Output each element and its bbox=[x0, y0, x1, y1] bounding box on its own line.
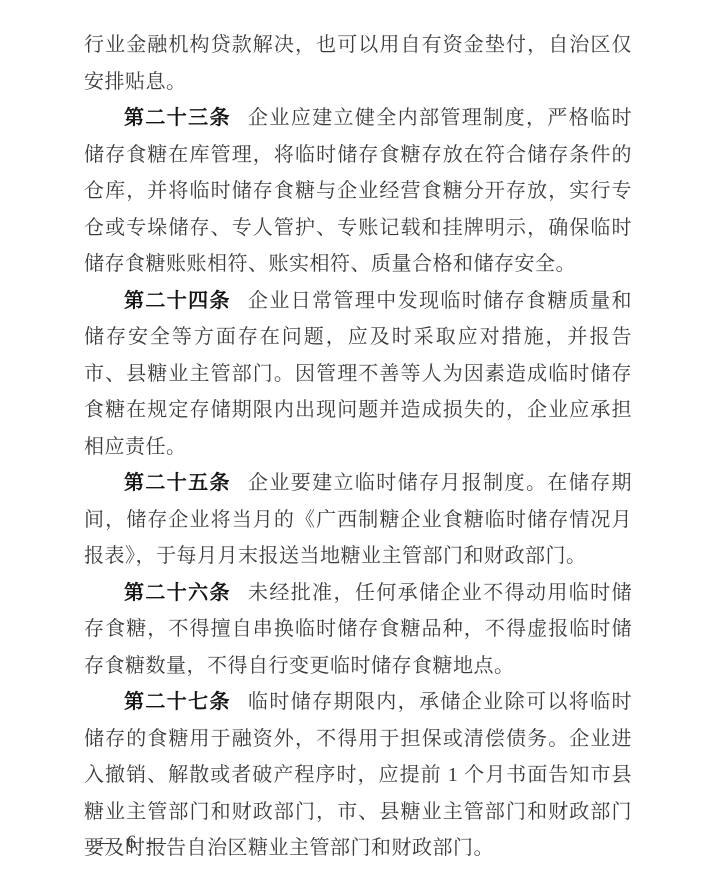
article-heading: 第二十五条 bbox=[124, 472, 231, 494]
article-heading: 第二十六条 bbox=[124, 582, 231, 604]
paragraph-article-25: 第二十五条企业要建立临时储存月报制度。在储存期间，储存企业将当月的《广西制糖企业… bbox=[84, 465, 632, 575]
paragraph-article-23: 第二十三条企业应建立健全内部管理制度，严格临时储存食糖在库管理，将临时储存食糖存… bbox=[84, 100, 632, 283]
paragraph-text: 行业金融机构贷款解决，也可以用自有资金垫付，自治区仅安排贴息。 bbox=[84, 34, 632, 93]
article-heading: 第二十七条 bbox=[124, 691, 231, 713]
document-page: 行业金融机构贷款解决，也可以用自有资金垫付，自治区仅安排贴息。 第二十三条企业应… bbox=[0, 0, 712, 880]
article-heading: 第二十三条 bbox=[124, 107, 231, 129]
paragraph-continuation: 行业金融机构贷款解决，也可以用自有资金垫付，自治区仅安排贴息。 bbox=[84, 27, 632, 100]
paragraph-article-26: 第二十六条未经批准，任何承储企业不得动用临时储存食糖，不得擅自串换临时储存食糖品… bbox=[84, 575, 632, 685]
paragraph-text: 企业应建立健全内部管理制度，严格临时储存食糖在库管理，将临时储存食糖存放在符合储… bbox=[84, 107, 632, 275]
page-number: — 6 — bbox=[97, 832, 169, 854]
article-heading: 第二十四条 bbox=[124, 290, 231, 312]
document-content: 行业金融机构贷款解决，也可以用自有资金垫付，自治区仅安排贴息。 第二十三条企业应… bbox=[84, 27, 632, 867]
paragraph-article-24: 第二十四条企业日常管理中发现临时储存食糖质量和储存安全等方面存在问题，应及时采取… bbox=[84, 283, 632, 466]
paragraph-text: 企业日常管理中发现临时储存食糖质量和储存安全等方面存在问题，应及时采取应对措施，… bbox=[84, 290, 632, 458]
